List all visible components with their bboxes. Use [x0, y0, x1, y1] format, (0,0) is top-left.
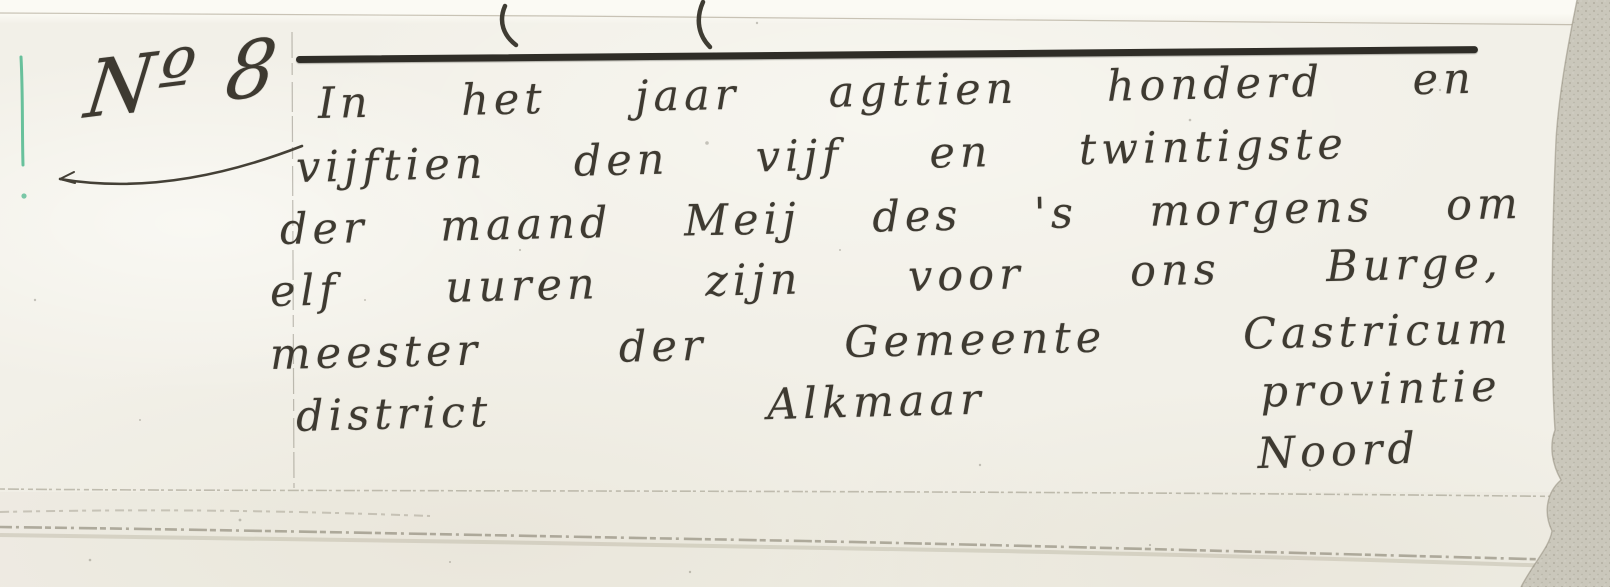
flourish-swash [60, 146, 302, 184]
green-archive-mark [21, 57, 23, 165]
green-archive-dot [21, 193, 26, 198]
handwriting-line-7: Noord [1147, 421, 1421, 486]
top-crease-line [0, 13, 1610, 25]
margin-entry-number: Nº 8 [81, 27, 285, 131]
cropped-stroke-left [502, 6, 516, 45]
scanned-register-page: Nº 8 In het jaar agttien honderd en vijf… [0, 0, 1610, 587]
margin-rule [292, 32, 294, 488]
cropped-stroke-right [699, 2, 710, 47]
